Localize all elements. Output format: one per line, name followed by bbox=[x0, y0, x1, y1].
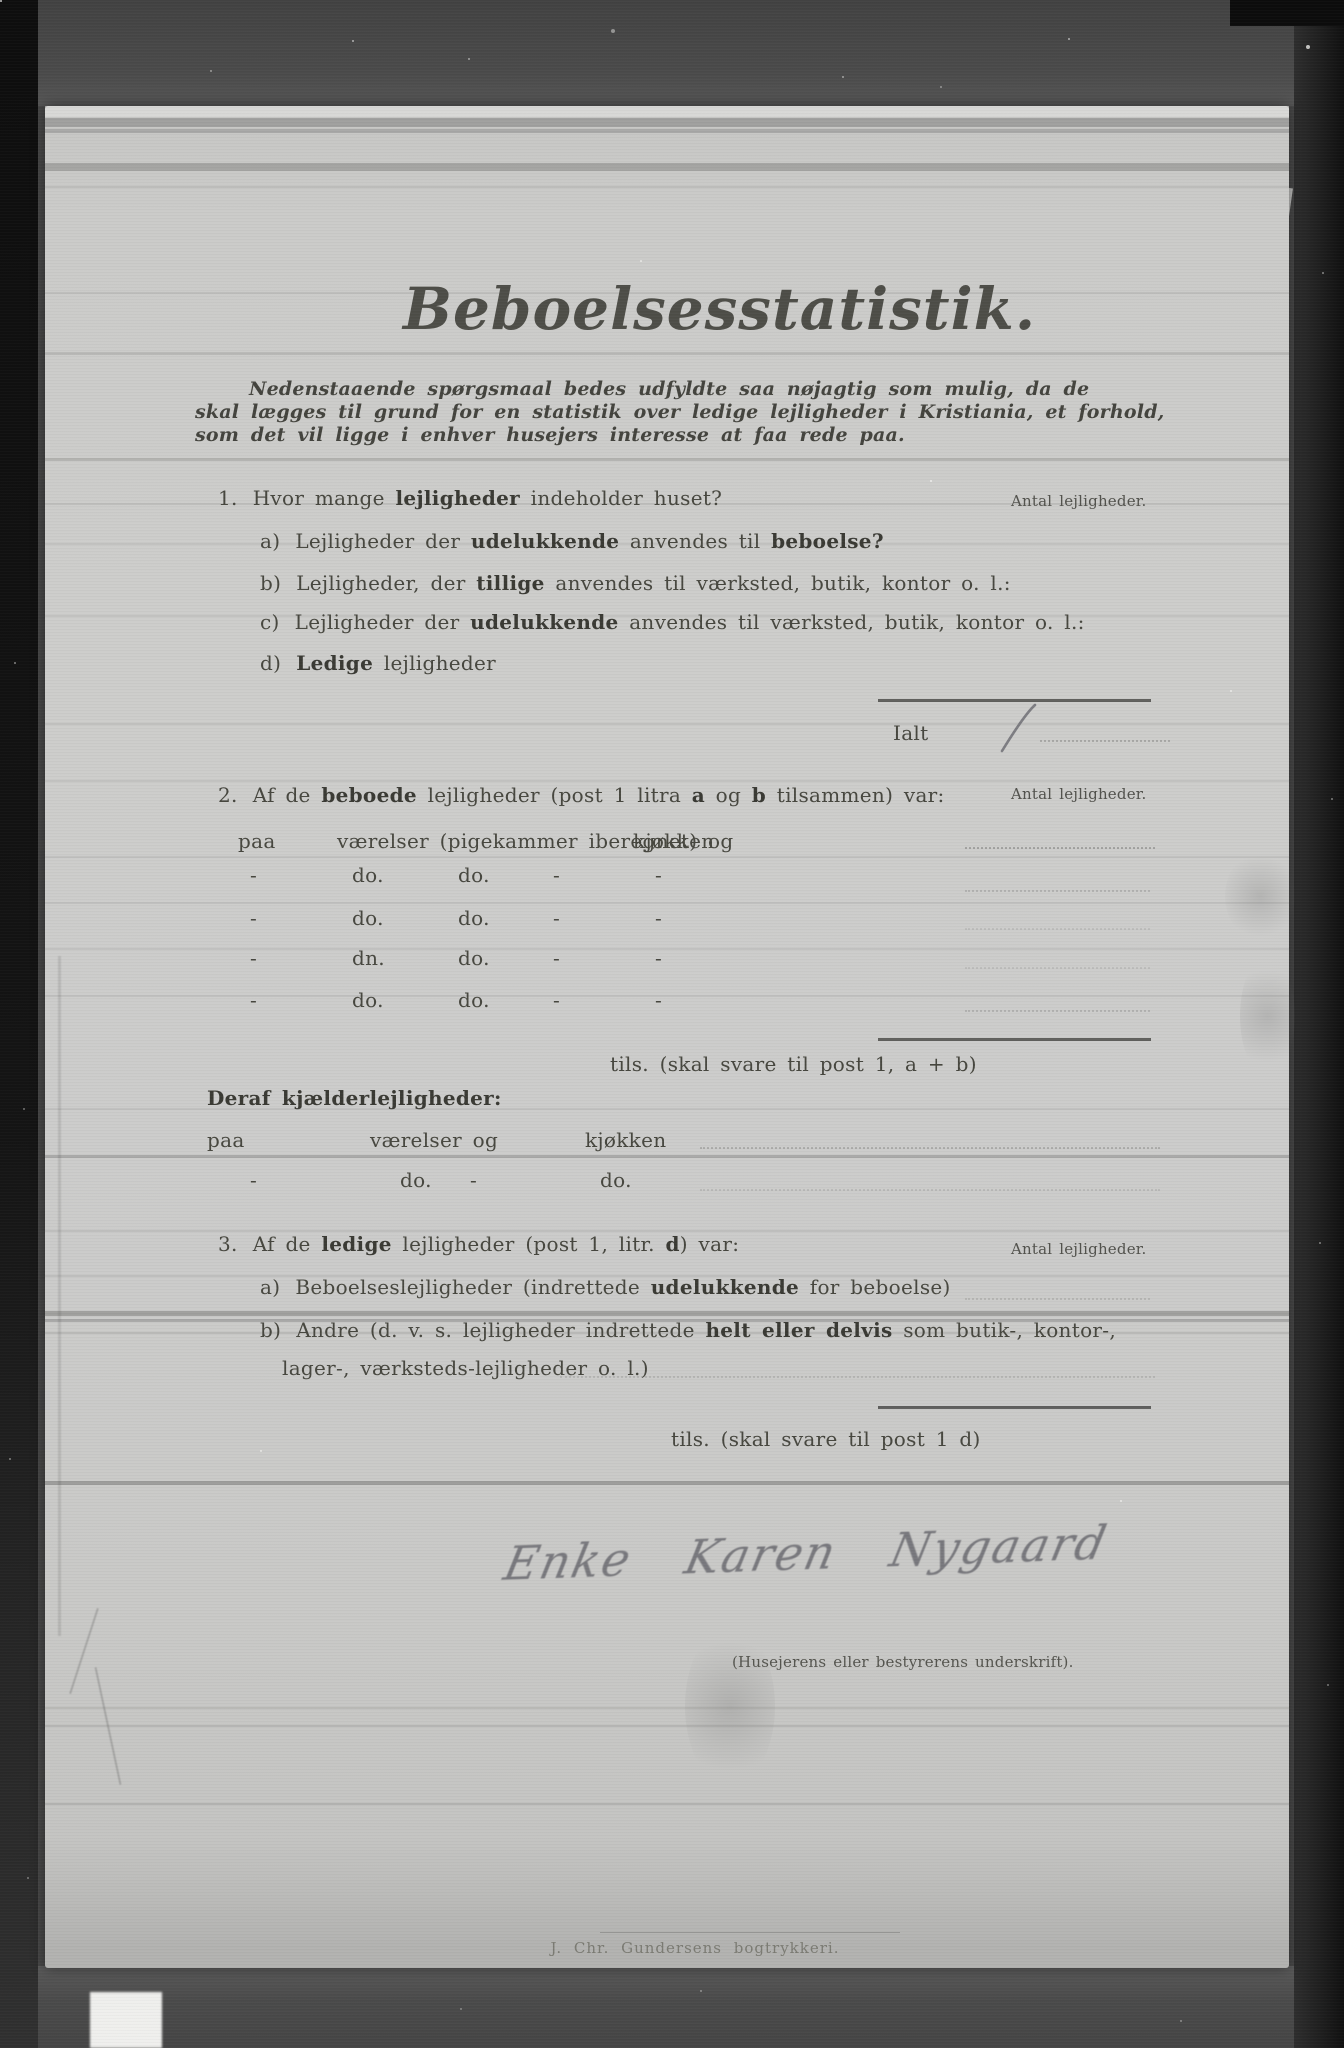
scan-streak-line bbox=[45, 1311, 1289, 1316]
scan-streak-line bbox=[45, 856, 1289, 858]
ialt-label: Ialt bbox=[893, 721, 928, 745]
answer-dotted-line bbox=[1040, 740, 1170, 742]
question-3: 3.Af de ledige lejligheder (post 1, litr… bbox=[218, 1232, 739, 1256]
answer-dotted-line bbox=[965, 1298, 1150, 1300]
scan-margin-top bbox=[38, 0, 1296, 106]
scan-streak-line bbox=[45, 1725, 1289, 1727]
paper-scratch bbox=[69, 1608, 99, 1694]
question-1-item-b: b)Lejligheder, der tillige anvendes til … bbox=[260, 571, 1011, 595]
sum-note-2: tils. (skal svare til post 1, a + b) bbox=[610, 1052, 977, 1076]
column-header-antal-3: Antal lejligheder. bbox=[1011, 1240, 1146, 1258]
question-1-item-c: c)Lejligheder der udelukkende anvendes t… bbox=[260, 610, 1085, 634]
scan-light-leak bbox=[90, 1992, 162, 2048]
dust-specks bbox=[0, 0, 2, 2]
scan-streak-line bbox=[45, 163, 1289, 171]
scan-corner-shadow bbox=[1230, 0, 1344, 26]
scan-streak-line bbox=[45, 1481, 1289, 1485]
paper-smudge bbox=[1225, 851, 1295, 941]
scan-streak-line bbox=[45, 948, 1289, 950]
page-title: Beboelsesstatistik. bbox=[403, 280, 1036, 338]
cellar-heading: Deraf kjælderlejligheder: bbox=[207, 1086, 502, 1110]
question-1: 1.Hvor mange lejligheder indeholder huse… bbox=[218, 486, 722, 510]
scan-streak-line bbox=[45, 118, 1289, 127]
column-header-antal-1: Antal lejligheder. bbox=[1011, 492, 1146, 510]
scan-streak-line bbox=[45, 352, 1289, 355]
scan-streak-line bbox=[45, 723, 1289, 725]
scan-streak-line bbox=[45, 186, 1289, 188]
answer-dotted-line bbox=[965, 847, 1155, 849]
sum-note-3: tils. (skal svare til post 1 d) bbox=[671, 1427, 981, 1451]
form-paper: Beboelsesstatistik. Nedenstaaende spørgs… bbox=[45, 106, 1289, 1968]
paper-top-highlight bbox=[45, 106, 1289, 117]
scan-margin-bottom bbox=[38, 1966, 1296, 2048]
intro-line-2: skal lægges til grund for en statistik o… bbox=[195, 401, 1165, 423]
scan-streak-line bbox=[45, 902, 1289, 904]
answer-dotted-line bbox=[560, 1376, 1155, 1378]
scan-streak-line bbox=[45, 129, 1289, 133]
handwritten-total-mark bbox=[995, 702, 1039, 754]
column-header-antal-2: Antal lejligheder. bbox=[1011, 785, 1146, 803]
question-2: 2.Af de beboede lejligheder (post 1 litr… bbox=[218, 783, 945, 807]
total-rule-2 bbox=[878, 1038, 1151, 1041]
printer-rule bbox=[600, 1932, 900, 1933]
answer-dotted-line bbox=[965, 1010, 1150, 1012]
question-3-item-b-line-1: b)Andre (d. v. s. lejligheder indrettede… bbox=[260, 1318, 1116, 1342]
question-3-number: 3. bbox=[218, 1232, 238, 1256]
question-2-number: 2. bbox=[218, 783, 238, 807]
question-1-item-d: d)Ledige lejligheder bbox=[260, 651, 496, 675]
scan-margin-right bbox=[1294, 0, 1344, 2048]
handwritten-signature: Enke Karen Nygaard bbox=[499, 1515, 1112, 1590]
paper-smudge bbox=[1240, 956, 1295, 1076]
paper-smudge bbox=[685, 1626, 775, 1786]
scan-streak-line bbox=[45, 1707, 1289, 1709]
scan-streak-line bbox=[45, 458, 1289, 461]
question-3-item-a: a)Beboelseslejligheder (indrettede udelu… bbox=[260, 1275, 951, 1299]
answer-dotted-line bbox=[700, 1189, 1160, 1191]
question-1-number: 1. bbox=[218, 486, 238, 510]
answer-dotted-line bbox=[700, 1147, 1160, 1149]
printer-imprint: J. Chr. Gundersens bogtrykkeri. bbox=[495, 1939, 895, 1957]
scan-streak-line bbox=[45, 780, 1289, 782]
question-1-item-a: a)Lejligheder der udelukkende anvendes t… bbox=[260, 529, 884, 553]
scan-streak-line bbox=[45, 995, 1289, 997]
scan-streak-line bbox=[45, 1803, 1289, 1805]
signature-caption: (Husejerens eller bestyrerens underskrif… bbox=[732, 1653, 1074, 1671]
scan-margin-left bbox=[0, 0, 38, 2048]
paper-crease bbox=[58, 956, 61, 1636]
answer-dotted-line bbox=[965, 928, 1150, 930]
intro-line-3: som det vil ligge i enhver husejers inte… bbox=[195, 424, 905, 446]
total-rule-3 bbox=[878, 1406, 1151, 1409]
answer-dotted-line bbox=[965, 890, 1150, 892]
intro-line-1: Nedenstaaende spørgsmaal bedes udfyldte … bbox=[249, 378, 1089, 400]
scanned-page: Beboelsesstatistik. Nedenstaaende spørgs… bbox=[0, 0, 1344, 2048]
answer-dotted-line bbox=[965, 967, 1150, 969]
scan-streak-line bbox=[45, 1155, 1289, 1158]
